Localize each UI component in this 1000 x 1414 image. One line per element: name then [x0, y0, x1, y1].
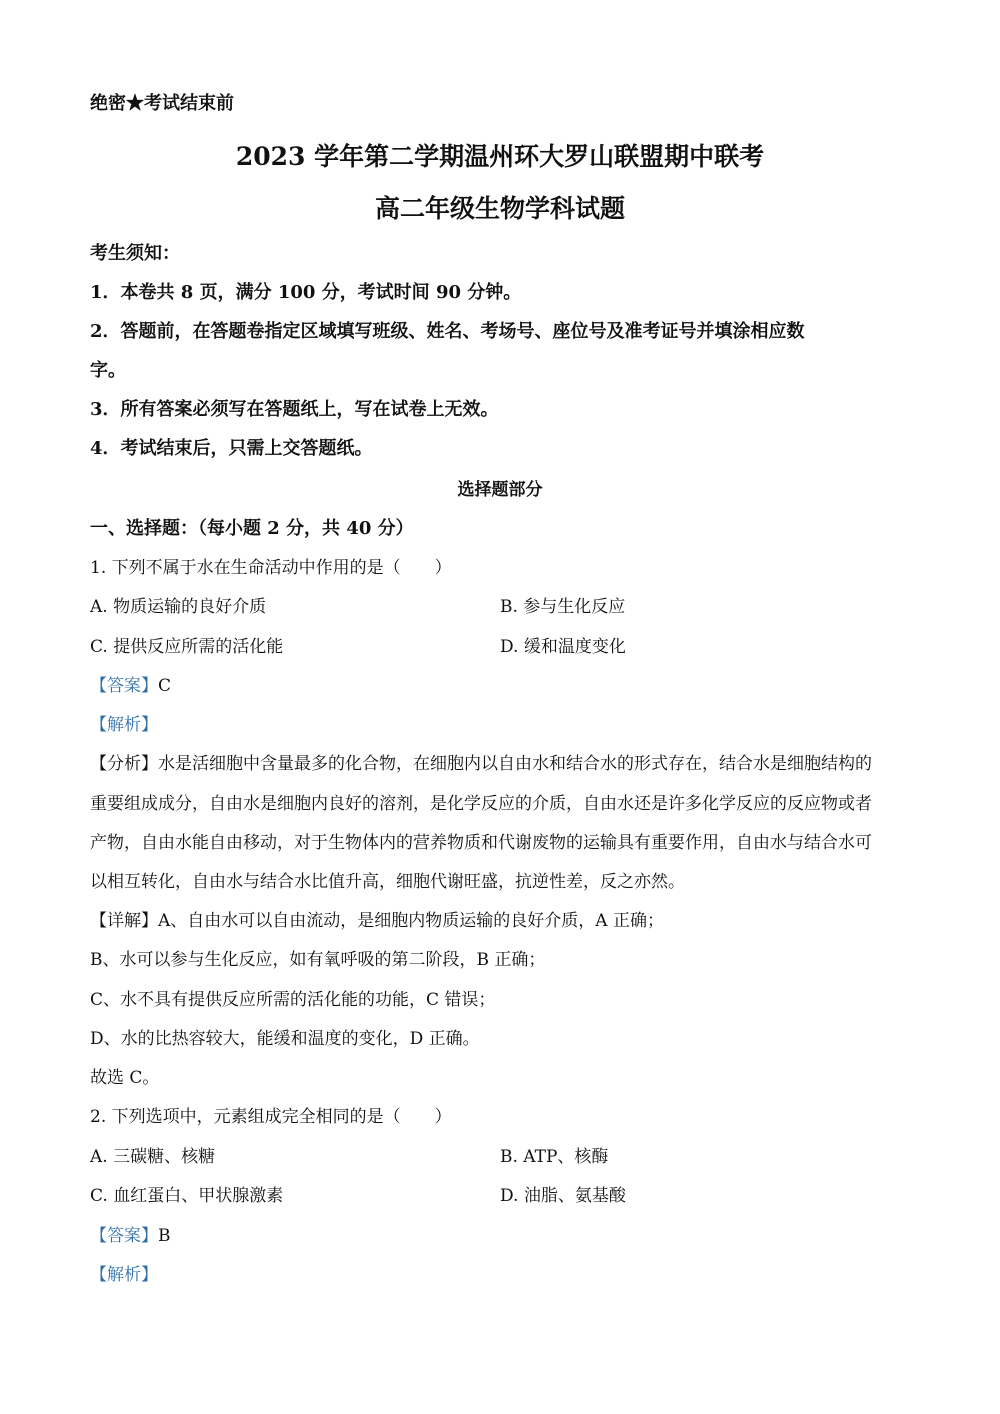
- question-2-answer: 【答案】B: [90, 1224, 171, 1248]
- question-2-stem: 2. 下列选项中，元素组成完全相同的是（ ）: [90, 1105, 452, 1129]
- answer-value: B: [158, 1226, 171, 1246]
- question-1-option-a: A. 物质运输的良好介质: [90, 595, 266, 619]
- answer-tag: 【答案】: [90, 676, 158, 696]
- analysis-line-3: 产物，自由水能自由移动，对于生物体内的营养物质和代谢废物的运输具有重要作用，自由…: [90, 831, 872, 855]
- question-2-option-d: D. 油脂、氨基酸: [500, 1184, 626, 1208]
- analysis-line-4: 以相互转化，自由水与结合水比值升高，细胞代谢旺盛，抗逆性差，反之亦然。: [90, 870, 685, 894]
- question-1-option-b: B. 参与生化反应: [500, 595, 625, 619]
- analysis-line-1: 【分析】水是活细胞中含量最多的化合物，在细胞内以自由水和结合水的形式存在，结合水…: [90, 752, 872, 776]
- exam-page: 绝密★考试结束前 2023 学年第二学期温州环大罗山联盟期中联考 高二年级生物学…: [0, 0, 1000, 1414]
- analysis-line-2: 重要组成成分，自由水是细胞内良好的溶剂，是化学反应的介质，自由水还是许多化学反应…: [90, 792, 872, 816]
- notice-item-1: 1．本卷共 8 页，满分 100 分，考试时间 90 分钟。: [90, 281, 521, 305]
- exam-title: 2023 学年第二学期温州环大罗山联盟期中联考: [0, 140, 1000, 174]
- question-1-option-c: C. 提供反应所需的活化能: [90, 635, 283, 659]
- answer-tag: 【答案】: [90, 1226, 158, 1246]
- question-1-stem: 1. 下列不属于水在生命活动中作用的是（ ）: [90, 556, 452, 580]
- part-title: 选择题部分: [0, 478, 1000, 502]
- confidential-mark: 绝密★考试结束前: [90, 92, 234, 116]
- notice-heading: 考生须知：: [90, 242, 180, 266]
- question-1-answer: 【答案】C: [90, 674, 171, 698]
- detail-line-1: 【详解】A、自由水可以自由流动，是细胞内物质运输的良好介质，A 正确；: [90, 909, 664, 933]
- section-heading: 一、选择题：（每小题 2 分，共 40 分）: [90, 517, 414, 541]
- question-1-analysis-tag: 【解析】: [90, 713, 158, 737]
- answer-value: C: [158, 676, 171, 696]
- notice-item-2-cont: 字。: [90, 359, 126, 383]
- detail-conclusion: 故选 C。: [90, 1066, 159, 1090]
- question-1-option-d: D. 缓和温度变化: [500, 635, 626, 659]
- detail-line-4: D、水的比热容较大，能缓和温度的变化，D 正确。: [90, 1027, 480, 1051]
- question-2-option-a: A. 三碳糖、核糖: [90, 1145, 215, 1169]
- notice-item-3: 3．所有答案必须写在答题纸上，写在试卷上无效。: [90, 398, 499, 422]
- detail-line-3: C、水不具有提供反应所需的活化能的功能，C 错误；: [90, 988, 495, 1012]
- exam-subtitle: 高二年级生物学科试题: [0, 192, 1000, 226]
- question-2-option-c: C. 血红蛋白、甲状腺激素: [90, 1184, 283, 1208]
- question-2-analysis-tag: 【解析】: [90, 1263, 158, 1287]
- question-2-option-b: B. ATP、核酶: [500, 1145, 608, 1169]
- detail-line-2: B、水可以参与生化反应，如有氧呼吸的第二阶段，B 正确；: [90, 948, 545, 972]
- notice-item-4: 4．考试结束后，只需上交答题纸。: [90, 437, 373, 461]
- notice-item-2: 2．答题前，在答题卷指定区域填写班级、姓名、考场号、座位号及准考证号并填涂相应数: [90, 320, 805, 344]
